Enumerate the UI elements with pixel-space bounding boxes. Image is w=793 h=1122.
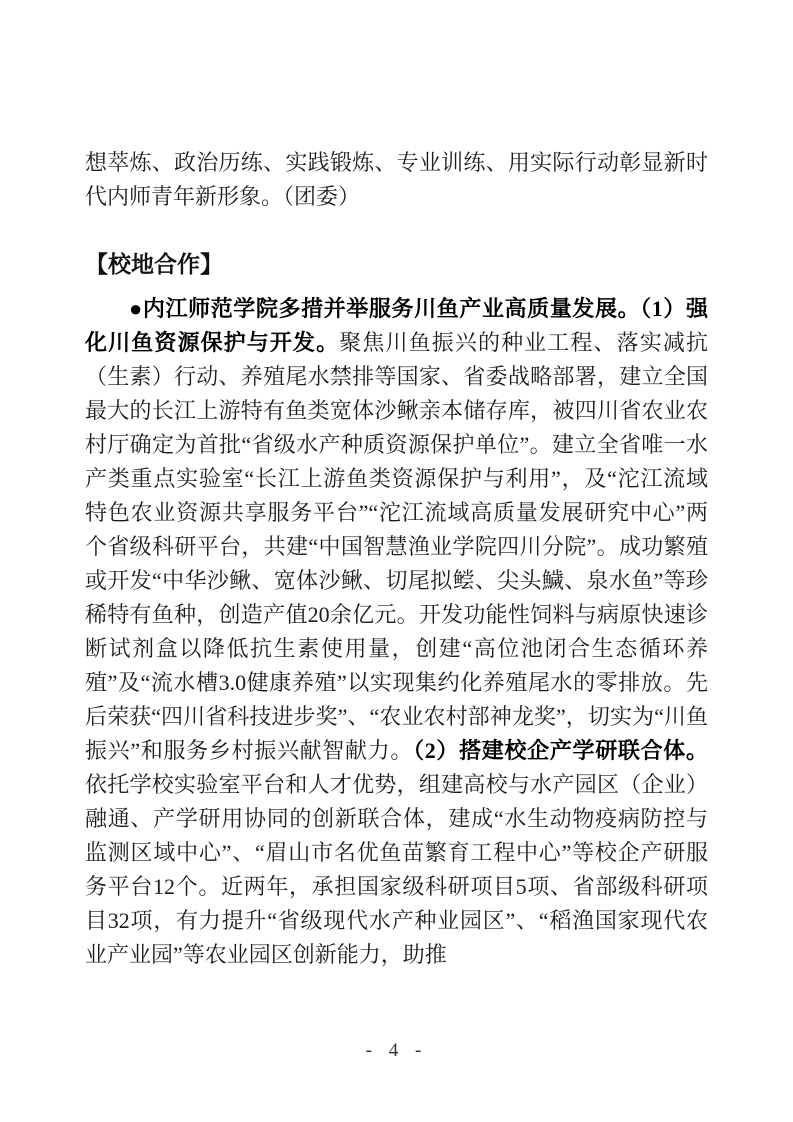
- text-segment-lead: ●内江师范学院多措并举服务川鱼产业高质量发展。: [129, 296, 640, 321]
- document-page: 想萃炼、政治历练、实践锻炼、专业训练、用实际行动彰显新时代内师青年新形象。（团委…: [0, 0, 793, 1122]
- text-segment-body: 依托学校实验室平台和人才优势，组建高校与水产园区（企业）融通、产学研用协同的创新…: [85, 772, 708, 967]
- article-paragraph: ●内江师范学院多措并举服务川鱼产业高质量发展。（1）强化川鱼资源保护与开发。聚焦…: [85, 292, 708, 972]
- intro-paragraph: 想萃炼、政治历练、实践锻炼、专业训练、用实际行动彰显新时代内师青年新形象。（团委…: [85, 146, 708, 214]
- text-segment-body: 聚焦川鱼振兴的种业工程、落实减抗（生素）行动、养殖尾水禁排等国家、省委战略部署，…: [85, 330, 708, 763]
- section-heading-school-local-cooperation: 【校地合作】: [85, 247, 708, 281]
- page-number: - 4 -: [0, 1040, 793, 1062]
- text-segment-sub: （2）搭建校企产学研联合体。: [413, 738, 708, 763]
- content-area: 想萃炼、政治历练、实践锻炼、专业训练、用实际行动彰显新时代内师青年新形象。（团委…: [85, 146, 708, 972]
